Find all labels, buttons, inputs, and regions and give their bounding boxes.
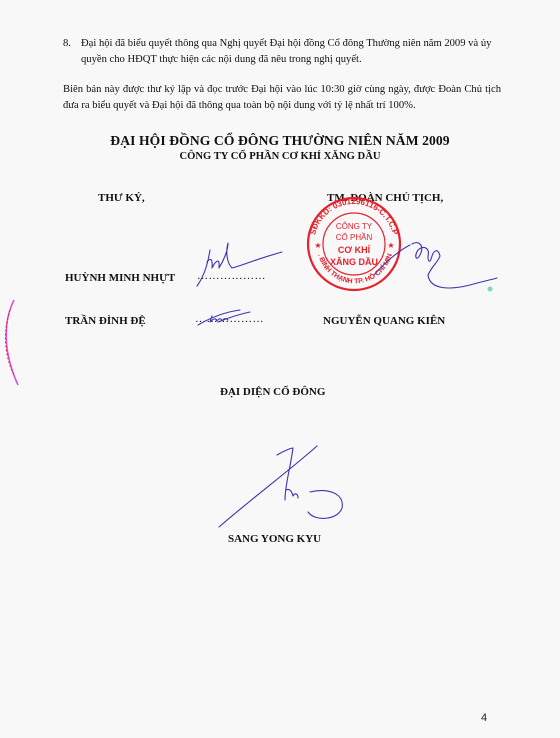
- edge-stamp-fragment: [0, 0, 560, 738]
- document-page: 8. Đại hội đã biểu quyết thông qua Nghị …: [0, 0, 560, 738]
